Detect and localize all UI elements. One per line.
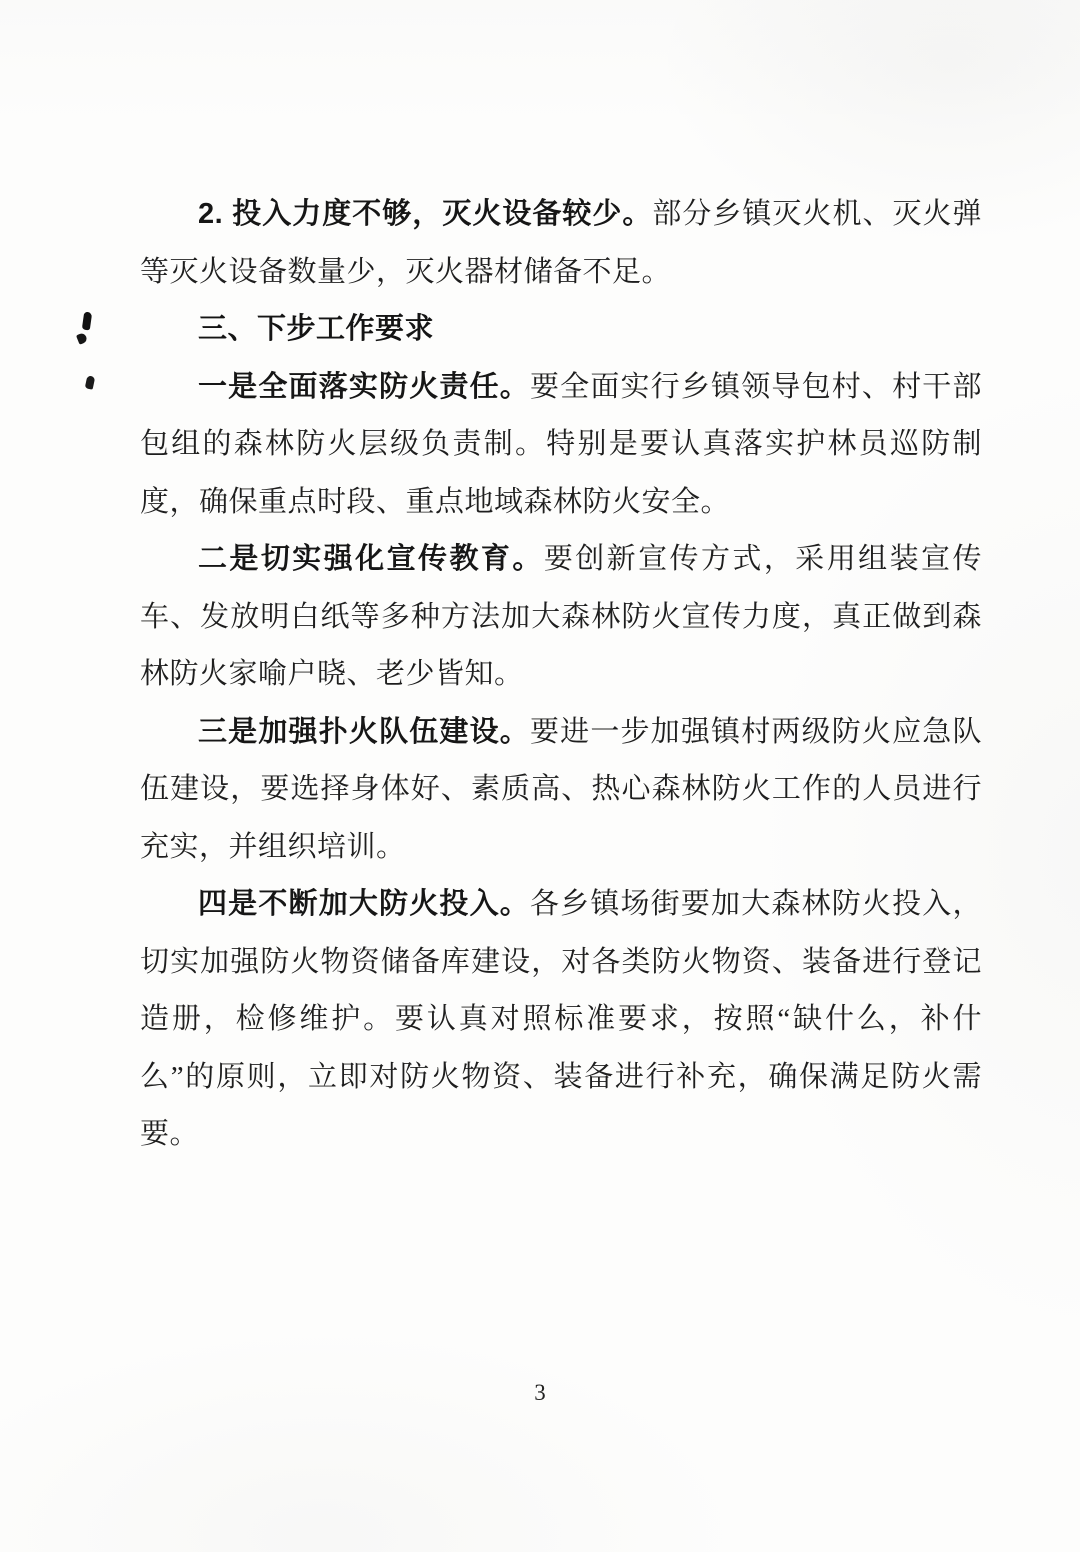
paragraph-lead: 一是全面落实防火责任。 — [198, 371, 530, 403]
paragraph-lead: 三是加强扑火队伍建设。 — [198, 716, 530, 748]
paragraph-item-1: 一是全面落实防火责任。要全面实行乡镇领导包村、村干部包组的森林防火层级负责制。特… — [140, 359, 982, 532]
paragraph-lead: 四是不断加大防火投入。 — [198, 888, 530, 920]
paragraph-issue-2: 2. 投入力度不够，灭火设备较少。部分乡镇灭火机、灭火弹等灭火设备数量少，灭火器… — [140, 186, 982, 301]
paragraph-lead: 2. 投入力度不够，灭火设备较少。 — [198, 198, 652, 230]
paragraph-item-2: 二是切实强化宣传教育。要创新宣传方式，采用组装宣传车、发放明白纸等多种方法加大森… — [140, 531, 982, 704]
paragraph-item-4: 四是不断加大防火投入。各乡镇场街要加大森林防火投入，切实加强防火物资储备库建设，… — [140, 876, 982, 1164]
paragraph-lead: 二是切实强化宣传教育。 — [198, 543, 544, 575]
page-number: 3 — [0, 1380, 1080, 1406]
section-heading: 三、下步工作要求 — [140, 301, 982, 359]
scan-artifact-mark — [82, 312, 92, 331]
document-body: 2. 投入力度不够，灭火设备较少。部分乡镇灭火机、灭火弹等灭火设备数量少，灭火器… — [140, 186, 982, 1164]
paragraph-item-3: 三是加强扑火队伍建设。要进一步加强镇村两级防火应急队伍建设，要选择身体好、素质高… — [140, 704, 982, 877]
scan-artifact-mark — [85, 375, 96, 389]
paragraph-text: 各乡镇场街要加大森林防火投入，切实加强防火物资储备库建设，对各类防火物资、装备进… — [140, 888, 982, 1150]
scanned-document-page: 2. 投入力度不够，灭火设备较少。部分乡镇灭火机、灭火弹等灭火设备数量少，灭火器… — [0, 0, 1080, 1552]
